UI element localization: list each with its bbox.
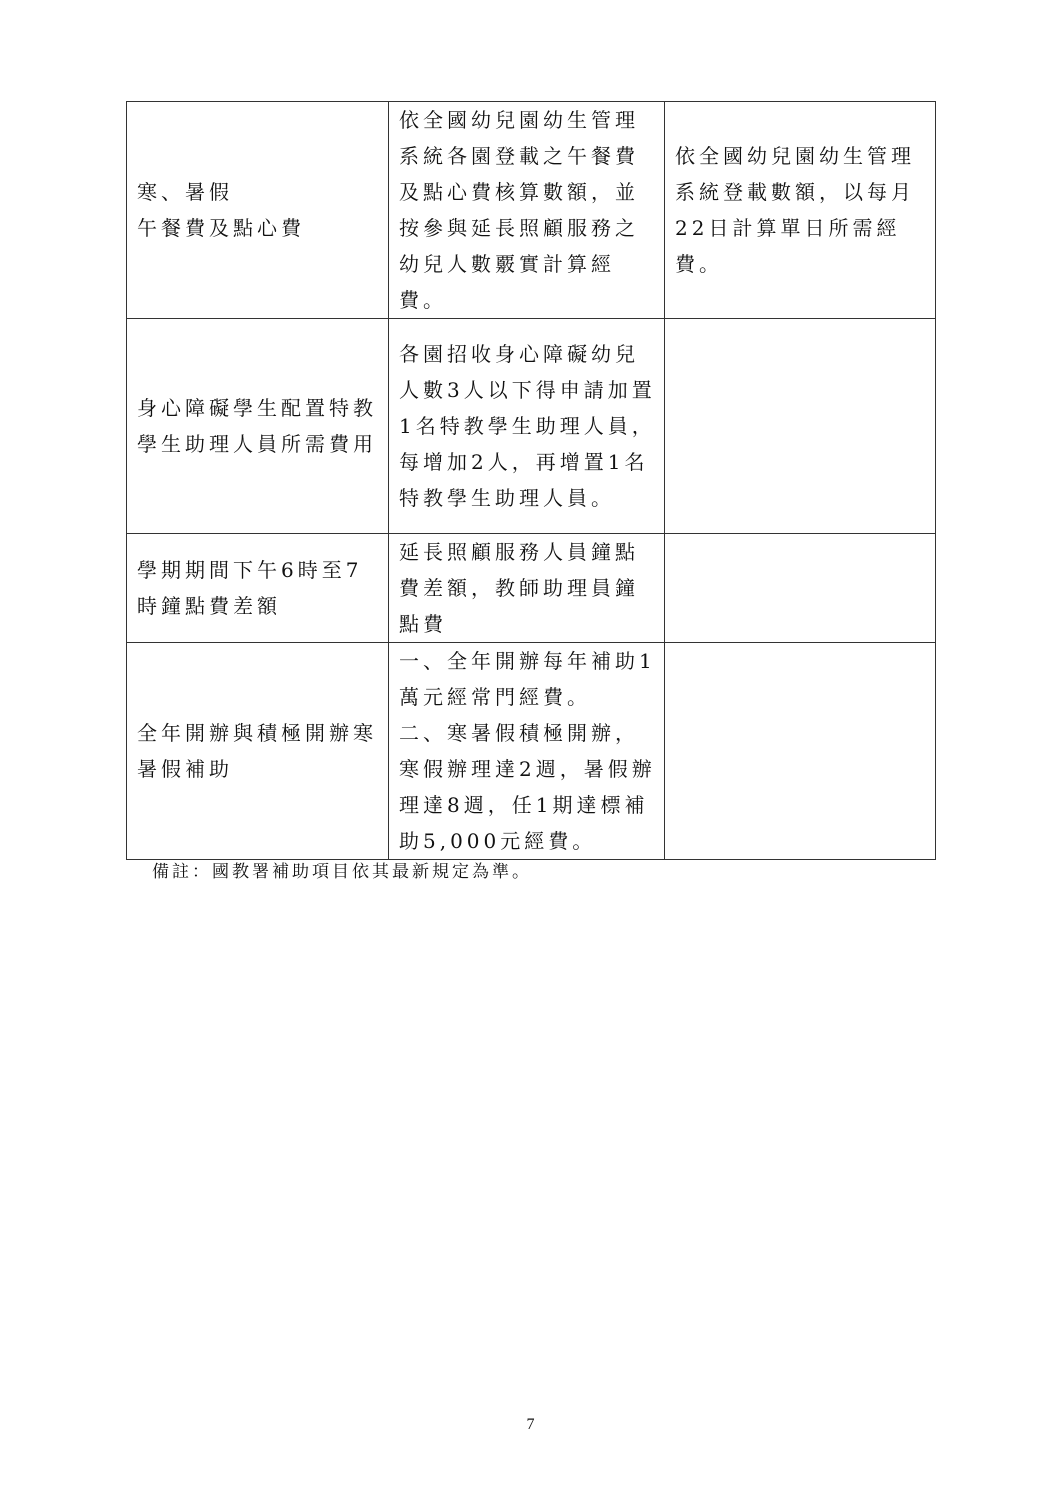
standard-cell: 延長照顧服務人員鐘點費差額，教師助理員鐘點費 <box>389 534 665 643</box>
note-cell <box>665 319 936 534</box>
footnote: 備註：國教署補助項目依其最新規定為準。 <box>152 857 532 882</box>
subsidy-table: 寒、暑假 午餐費及點心費 依全國幼兒園幼生管理系統各園登載之午餐費及點心費核算數… <box>126 101 936 860</box>
standard-cell: 各園招收身心障礙幼兒人數3人以下得申請加置1名特教學生助理人員，每增加2人，再增… <box>389 319 665 534</box>
note-cell <box>665 534 936 643</box>
note-cell <box>665 643 936 860</box>
item-cell: 全年開辦與積極開辦寒暑假補助 <box>127 643 389 860</box>
item-cell: 寒、暑假 午餐費及點心費 <box>127 102 389 319</box>
table-row: 學期期間下午6時至7時鐘點費差額 延長照顧服務人員鐘點費差額，教師助理員鐘點費 <box>127 534 936 643</box>
page-number: 7 <box>0 1416 1061 1434</box>
table-row: 身心障礙學生配置特教學生助理人員所需費用 各園招收身心障礙幼兒人數3人以下得申請… <box>127 319 936 534</box>
standard-cell: 一、全年開辦每年補助1萬元經常門經費。 二、寒暑假積極開辦，寒假辦理達2週，暑假… <box>389 643 665 860</box>
table-row: 寒、暑假 午餐費及點心費 依全國幼兒園幼生管理系統各園登載之午餐費及點心費核算數… <box>127 102 936 319</box>
table-row: 全年開辦與積極開辦寒暑假補助 一、全年開辦每年補助1萬元經常門經費。 二、寒暑假… <box>127 643 936 860</box>
standard-cell: 依全國幼兒園幼生管理系統各園登載之午餐費及點心費核算數額，並按參與延長照顧服務之… <box>389 102 665 319</box>
item-cell: 身心障礙學生配置特教學生助理人員所需費用 <box>127 319 389 534</box>
note-cell: 依全國幼兒園幼生管理系統登載數額，以每月22日計算單日所需經費。 <box>665 102 936 319</box>
item-cell: 學期期間下午6時至7時鐘點費差額 <box>127 534 389 643</box>
